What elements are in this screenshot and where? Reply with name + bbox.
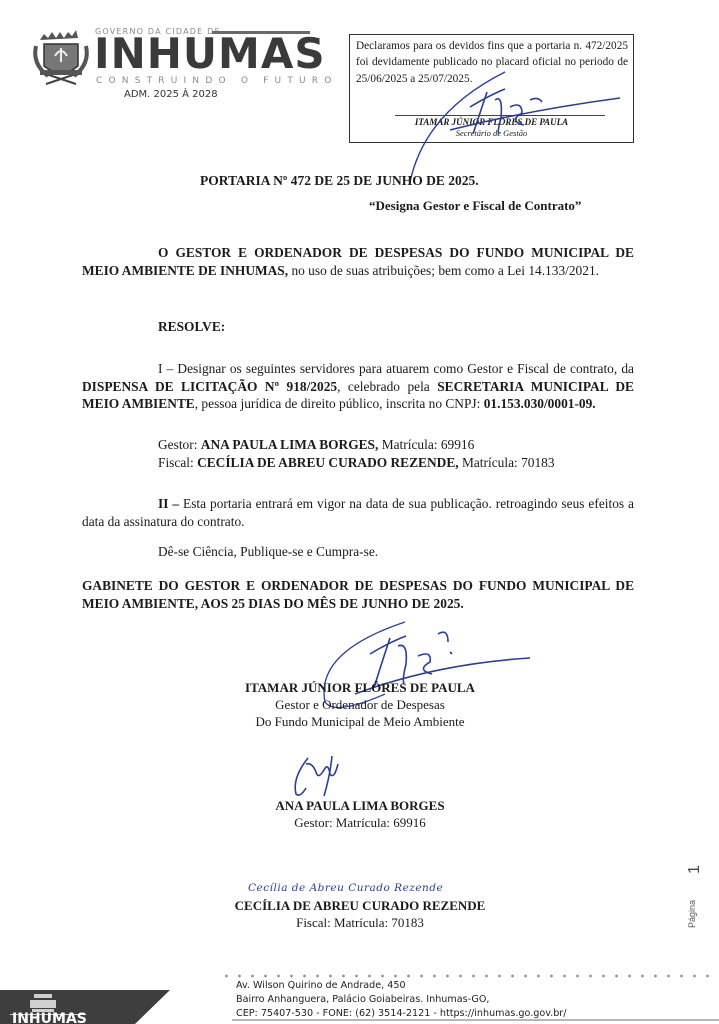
signature-block-itamar: ITAMAR JÚNIOR FLÔRES DE PAULA Gestor e O… bbox=[150, 679, 570, 730]
article-1-text: , celebrado pela bbox=[337, 379, 437, 394]
gestor-line: Gestor: ANA PAULA LIMA BORGES, Matrícula… bbox=[158, 436, 638, 454]
gestor-name: ANA PAULA LIMA BORGES, bbox=[201, 437, 379, 452]
footer-brand: INHUMAS bbox=[12, 1011, 87, 1024]
page-number: 1 bbox=[686, 865, 704, 874]
municipal-crest-icon bbox=[30, 30, 92, 90]
signer-role: Do Fundo Municipal de Meio Ambiente bbox=[150, 713, 570, 730]
signature-block-cecilia: CECÍLIA DE ABREU CURADO REZENDE Fiscal: … bbox=[150, 897, 570, 931]
signer-role: Gestor: Matrícula: 69916 bbox=[150, 814, 570, 831]
signer-name: CECÍLIA DE ABREU CURADO REZENDE bbox=[150, 897, 570, 914]
signer-name: ITAMAR JÚNIOR FLÔRES DE PAULA bbox=[150, 679, 570, 696]
handwritten-signature-cecilia: Cecília de Abreu Curado Rezende bbox=[248, 882, 443, 894]
city-brand: INHUMAS bbox=[94, 32, 326, 76]
preamble-text: no uso de suas atribuições; bem como a L… bbox=[288, 263, 599, 278]
gestor-label: Gestor: bbox=[158, 437, 201, 452]
footer-dotted-rule bbox=[220, 974, 719, 978]
administration-label: ADM. 2025 À 2028 bbox=[124, 89, 218, 100]
signer-role: Gestor e Ordenador de Despesas bbox=[150, 696, 570, 713]
gestor-matricula: Matrícula: 69916 bbox=[378, 437, 474, 452]
handwritten-signature-icon bbox=[395, 62, 625, 187]
tagline: CONSTRUINDO O FUTURO bbox=[96, 76, 338, 86]
page-label: Página bbox=[687, 900, 697, 928]
document-subtitle: “Designa Gestor e Fiscal de Contrato” bbox=[369, 198, 581, 214]
resolve-heading: RESOLVE: bbox=[82, 318, 634, 336]
signature-block-ana-paula: ANA PAULA LIMA BORGES Gestor: Matrícula:… bbox=[150, 797, 570, 831]
fiscal-name: CECÍLIA DE ABREU CURADO REZENDE, bbox=[197, 455, 459, 470]
dispensa-number: DISPENSA DE LICITAÇÃO Nº 918/2025 bbox=[82, 379, 337, 394]
footer-rule bbox=[232, 1019, 719, 1021]
signer-role: Fiscal: Matrícula: 70183 bbox=[150, 914, 570, 931]
article-1-text: , pessoa jurídica de direito público, in… bbox=[195, 396, 484, 411]
footer-address: Av. Wilson Quirino de Andrade, 450 Bairr… bbox=[236, 979, 566, 1022]
fiscal-matricula: Matrícula: 70183 bbox=[459, 455, 555, 470]
article-2-number: II – bbox=[158, 496, 179, 511]
article-2: II – Esta portaria entrará em vigor na d… bbox=[82, 495, 634, 530]
document-title: PORTARIA Nº 472 DE 25 DE JUNHO DE 2025. bbox=[200, 173, 479, 189]
closing-line: Dê-se Ciência, Publique-se e Cumpra-se. bbox=[82, 543, 634, 561]
gabinete-line: GABINETE DO GESTOR E ORDENADOR DE DESPES… bbox=[82, 577, 634, 612]
footer-address-line: Bairro Anhanguera, Palácio Goiabeiras. I… bbox=[236, 993, 566, 1007]
footer-address-line: Av. Wilson Quirino de Andrade, 450 bbox=[236, 979, 566, 993]
fiscal-line: Fiscal: CECÍLIA DE ABREU CURADO REZENDE,… bbox=[158, 454, 638, 472]
signer-name: ANA PAULA LIMA BORGES bbox=[150, 797, 570, 814]
preamble: O GESTOR E ORDENADOR DE DESPESAS DO FUND… bbox=[82, 244, 634, 279]
article-1: I – Designar os seguintes servidores par… bbox=[82, 360, 634, 413]
cnpj-value: 01.153.030/0001-09. bbox=[484, 396, 596, 411]
fiscal-label: Fiscal: bbox=[158, 455, 197, 470]
article-1-text: I – Designar os seguintes servidores par… bbox=[158, 361, 634, 376]
